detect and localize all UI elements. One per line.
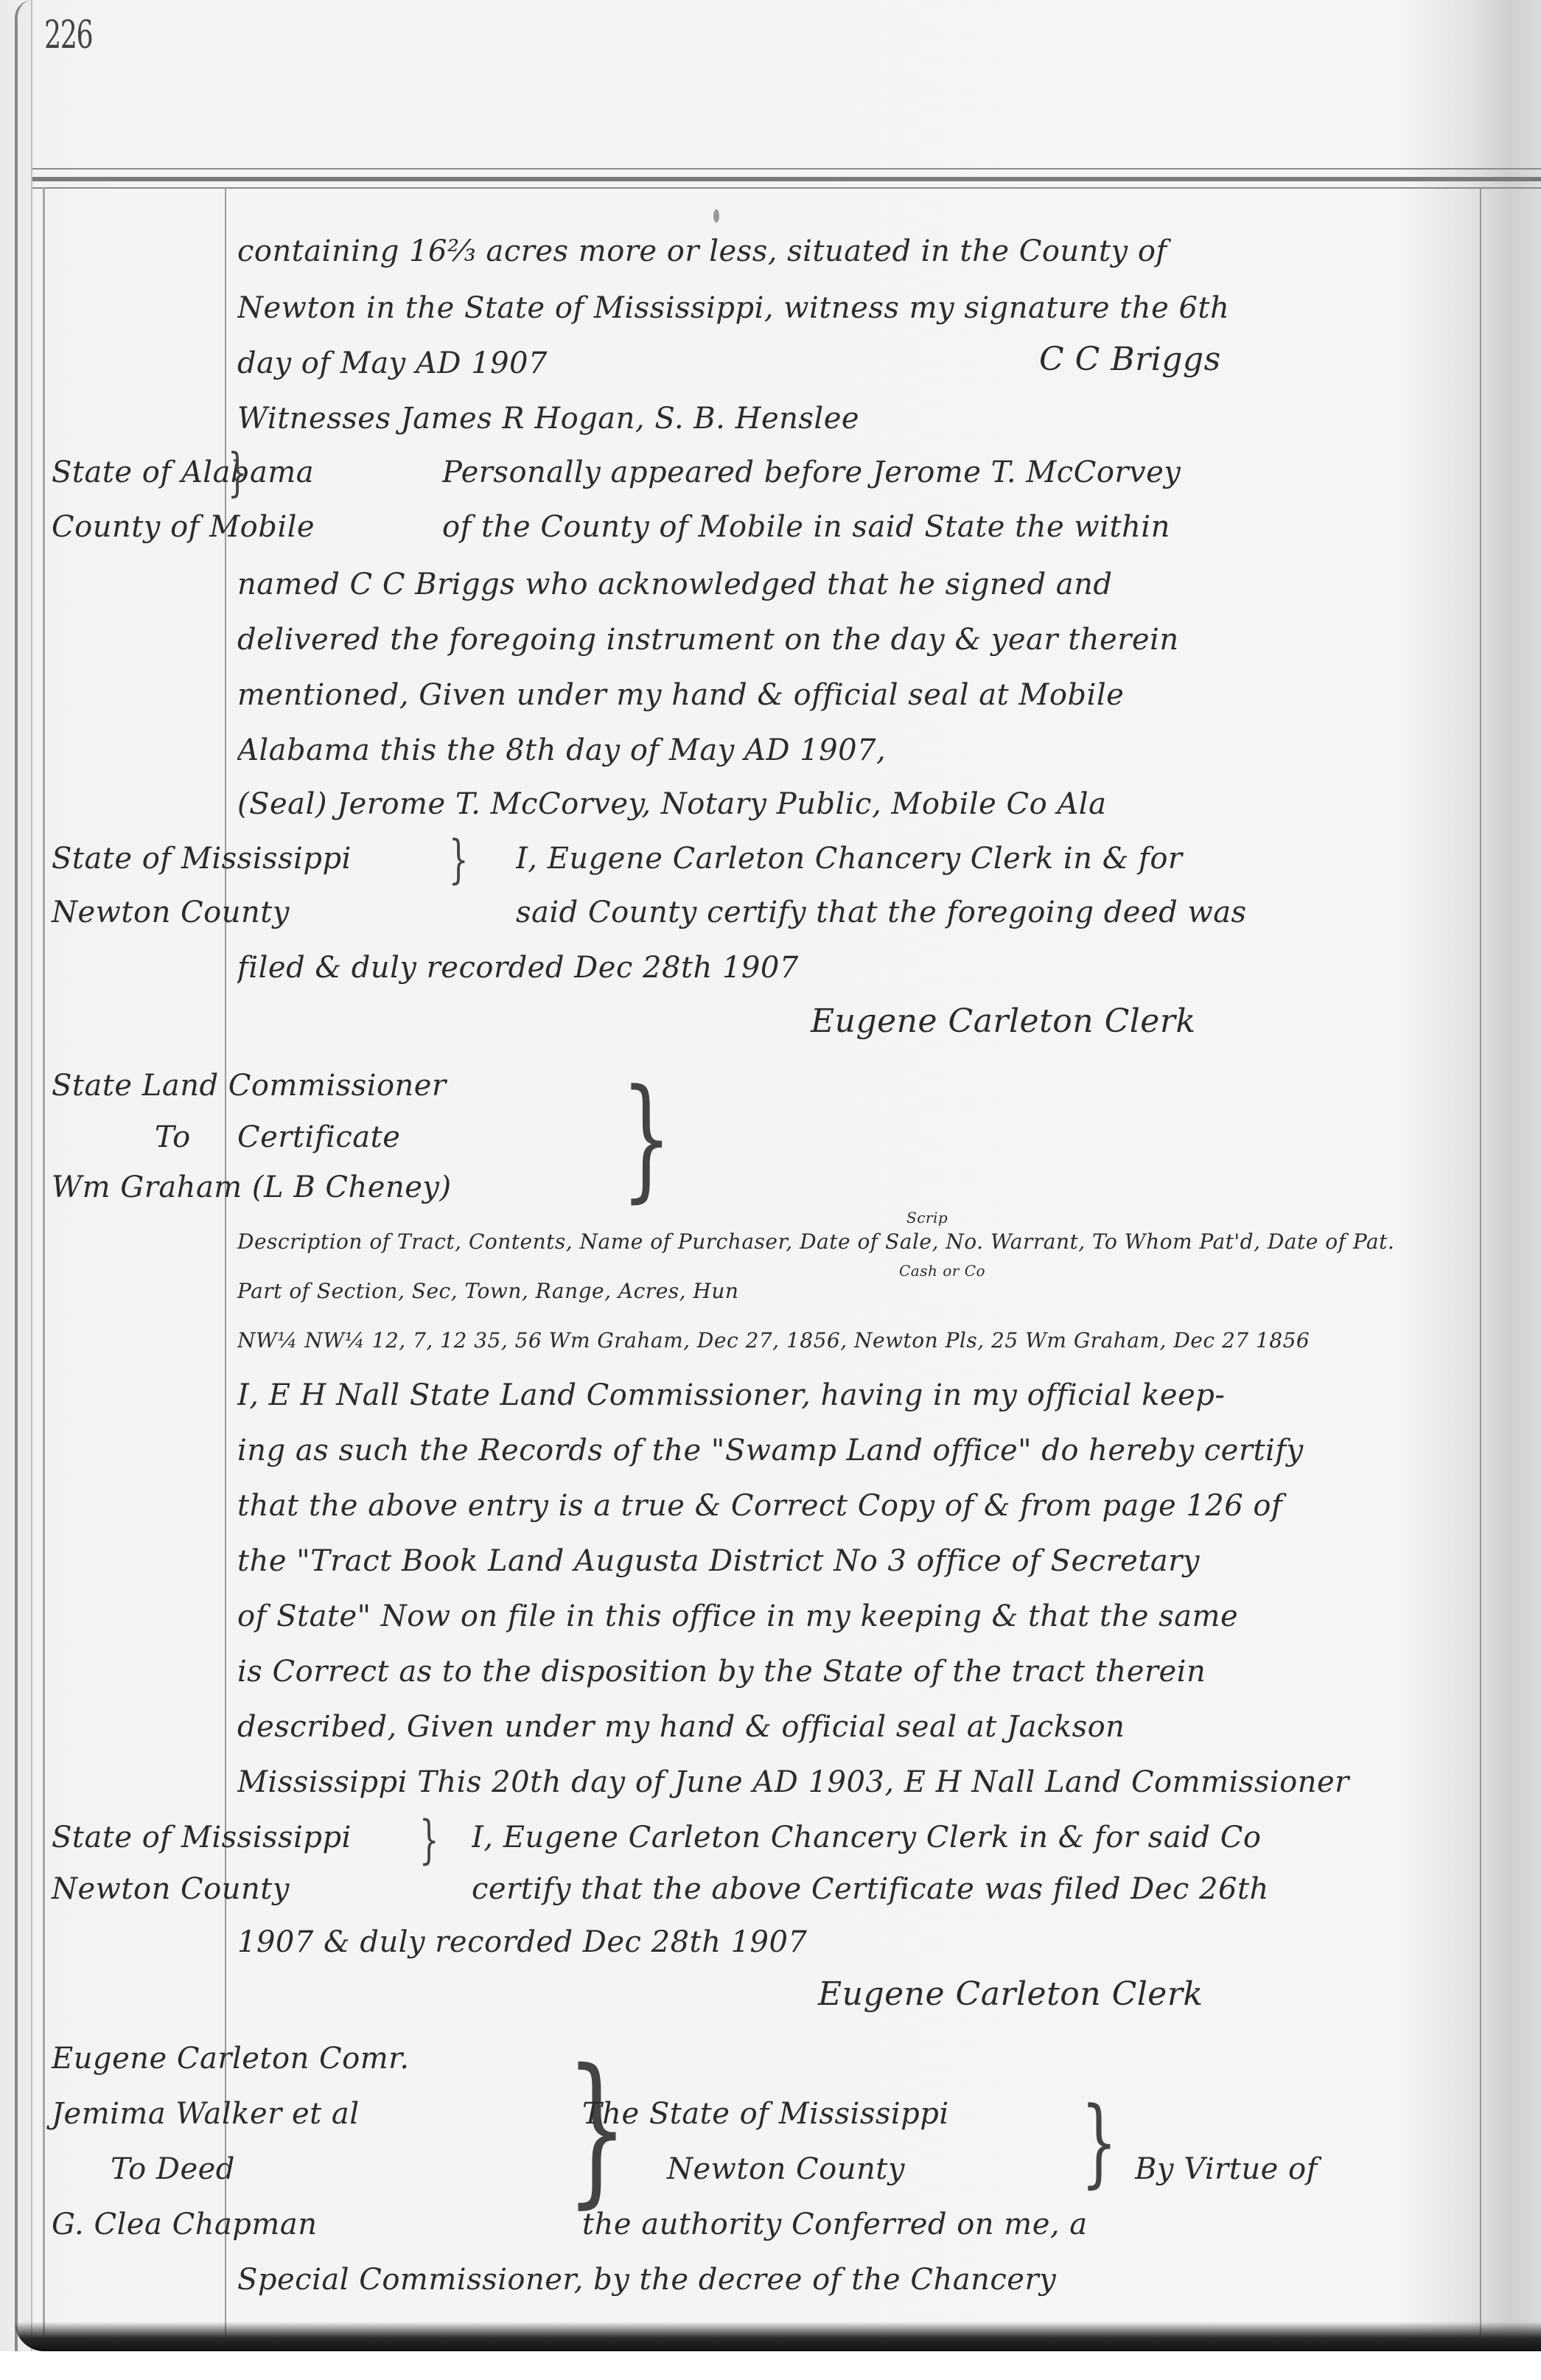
entry1-line: containing 16⅔ acres more or less, situa… bbox=[237, 234, 1468, 268]
tract-header-superscript: Scrip bbox=[906, 1209, 948, 1226]
clerk-line: 1907 & duly recorded Dec 28th 1907 bbox=[237, 1925, 1468, 1959]
clerk-signature: Eugene Carleton Clerk bbox=[811, 1002, 1196, 1040]
margin-grantee: Wm Graham (L B Cheney) bbox=[52, 1170, 452, 1204]
margin-to: To bbox=[155, 1120, 191, 1154]
margin-grantee: G. Clea Chapman bbox=[52, 2208, 317, 2241]
deed-line: Special Commissioner, by the decree of t… bbox=[237, 2263, 1468, 2297]
clerk-line: I, Eugene Carleton Chancery Clerk in & f… bbox=[516, 842, 1467, 876]
clerk-line: said County certify that the foregoing d… bbox=[516, 896, 1467, 929]
witnesses-line: Witnesses James R Hogan, S. B. Henslee bbox=[237, 402, 1468, 436]
margin-grantor: Eugene Carleton Comr. bbox=[52, 2042, 410, 2076]
deed-line: By Virtue of bbox=[1135, 2152, 1318, 2186]
brace-icon: } bbox=[449, 829, 469, 890]
page-bottom-edge-shadow bbox=[15, 2322, 1541, 2351]
scan-margin bbox=[0, 2351, 1541, 2380]
margin-state: State of Mississippi bbox=[52, 842, 352, 876]
deed-line: the authority Conferred on me, a bbox=[582, 2208, 1088, 2241]
brace-icon: } bbox=[419, 1810, 439, 1870]
commissioner-line: the "Tract Book Land Augusta District No… bbox=[237, 1544, 1468, 1578]
commissioner-line: of State" Now on file in this office in … bbox=[237, 1599, 1468, 1633]
grantor-signature: C C Briggs bbox=[1039, 341, 1221, 378]
ack-line: Personally appeared before Jerome T. McC… bbox=[442, 456, 1467, 489]
brace-icon: } bbox=[621, 1061, 672, 1215]
tract-table-row: NW¼ NW¼ 12, 7, 12 35, 56 Wm Graham, Dec … bbox=[237, 1328, 1468, 1353]
commissioner-line: Mississippi This 20th day of June AD 190… bbox=[237, 1765, 1468, 1799]
ack-line: Alabama this the 8th day of May AD 1907, bbox=[237, 733, 1468, 767]
margin-grantor-2: Jemima Walker et al bbox=[52, 2097, 360, 2131]
record-entries: containing 16⅔ acres more or less, situa… bbox=[0, 0, 1541, 2380]
clerk-line: certify that the above Certificate was f… bbox=[472, 1872, 1467, 1906]
commissioner-line: I, E H Nall State Land Commissioner, hav… bbox=[237, 1378, 1468, 1412]
margin-county: Newton County bbox=[52, 1872, 290, 1906]
margin-instrument: To Deed bbox=[111, 2152, 235, 2186]
venue-state: The State of Mississippi bbox=[582, 2097, 949, 2131]
margin-county: County of Mobile bbox=[52, 510, 315, 544]
ack-line: named C C Briggs who acknowledged that h… bbox=[237, 568, 1468, 601]
ack-line: delivered the foregoing instrument on th… bbox=[237, 623, 1468, 657]
tract-table-subheader: Part of Section, Sec, Town, Range, Acres… bbox=[237, 1279, 738, 1303]
commissioner-line: is Correct as to the disposition by the … bbox=[237, 1655, 1468, 1689]
margin-state: State of Mississippi bbox=[52, 1821, 352, 1854]
venue-county: Newton County bbox=[667, 2152, 905, 2186]
clerk-line: I, Eugene Carleton Chancery Clerk in & f… bbox=[472, 1821, 1467, 1854]
clerk-line: filed & duly recorded Dec 28th 1907 bbox=[237, 951, 1468, 985]
entry1-line: Newton in the State of Mississippi, witn… bbox=[237, 291, 1468, 325]
entry1-line: day of May AD 1907 bbox=[237, 346, 1468, 380]
ack-line: mentioned, Given under my hand & officia… bbox=[237, 678, 1468, 712]
commissioner-line: that the above entry is a true & Correct… bbox=[237, 1489, 1468, 1523]
tract-header-subscript: Cash or Co bbox=[899, 1262, 985, 1280]
brace-icon: } bbox=[1081, 2086, 1118, 2198]
tract-table-header: Description of Tract, Contents, Name of … bbox=[237, 1229, 1394, 1254]
ack-line: of the County of Mobile in said State th… bbox=[442, 510, 1467, 544]
ledger-page: 226 containing 16⅔ acres more or less, s… bbox=[0, 0, 1541, 2380]
margin-grantor: State Land Commissioner bbox=[52, 1069, 447, 1103]
commissioner-line: ing as such the Records of the "Swamp La… bbox=[237, 1434, 1468, 1468]
notary-seal-line: (Seal) Jerome T. McCorvey, Notary Public… bbox=[237, 787, 1468, 821]
margin-county: Newton County bbox=[52, 896, 290, 929]
margin-instrument: Certificate bbox=[237, 1120, 400, 1154]
commissioner-line: described, Given under my hand & officia… bbox=[237, 1710, 1468, 1744]
brace-icon: } bbox=[228, 442, 248, 503]
margin-state: State of Alabama bbox=[52, 456, 314, 489]
clerk-signature: Eugene Carleton Clerk bbox=[818, 1975, 1203, 2013]
